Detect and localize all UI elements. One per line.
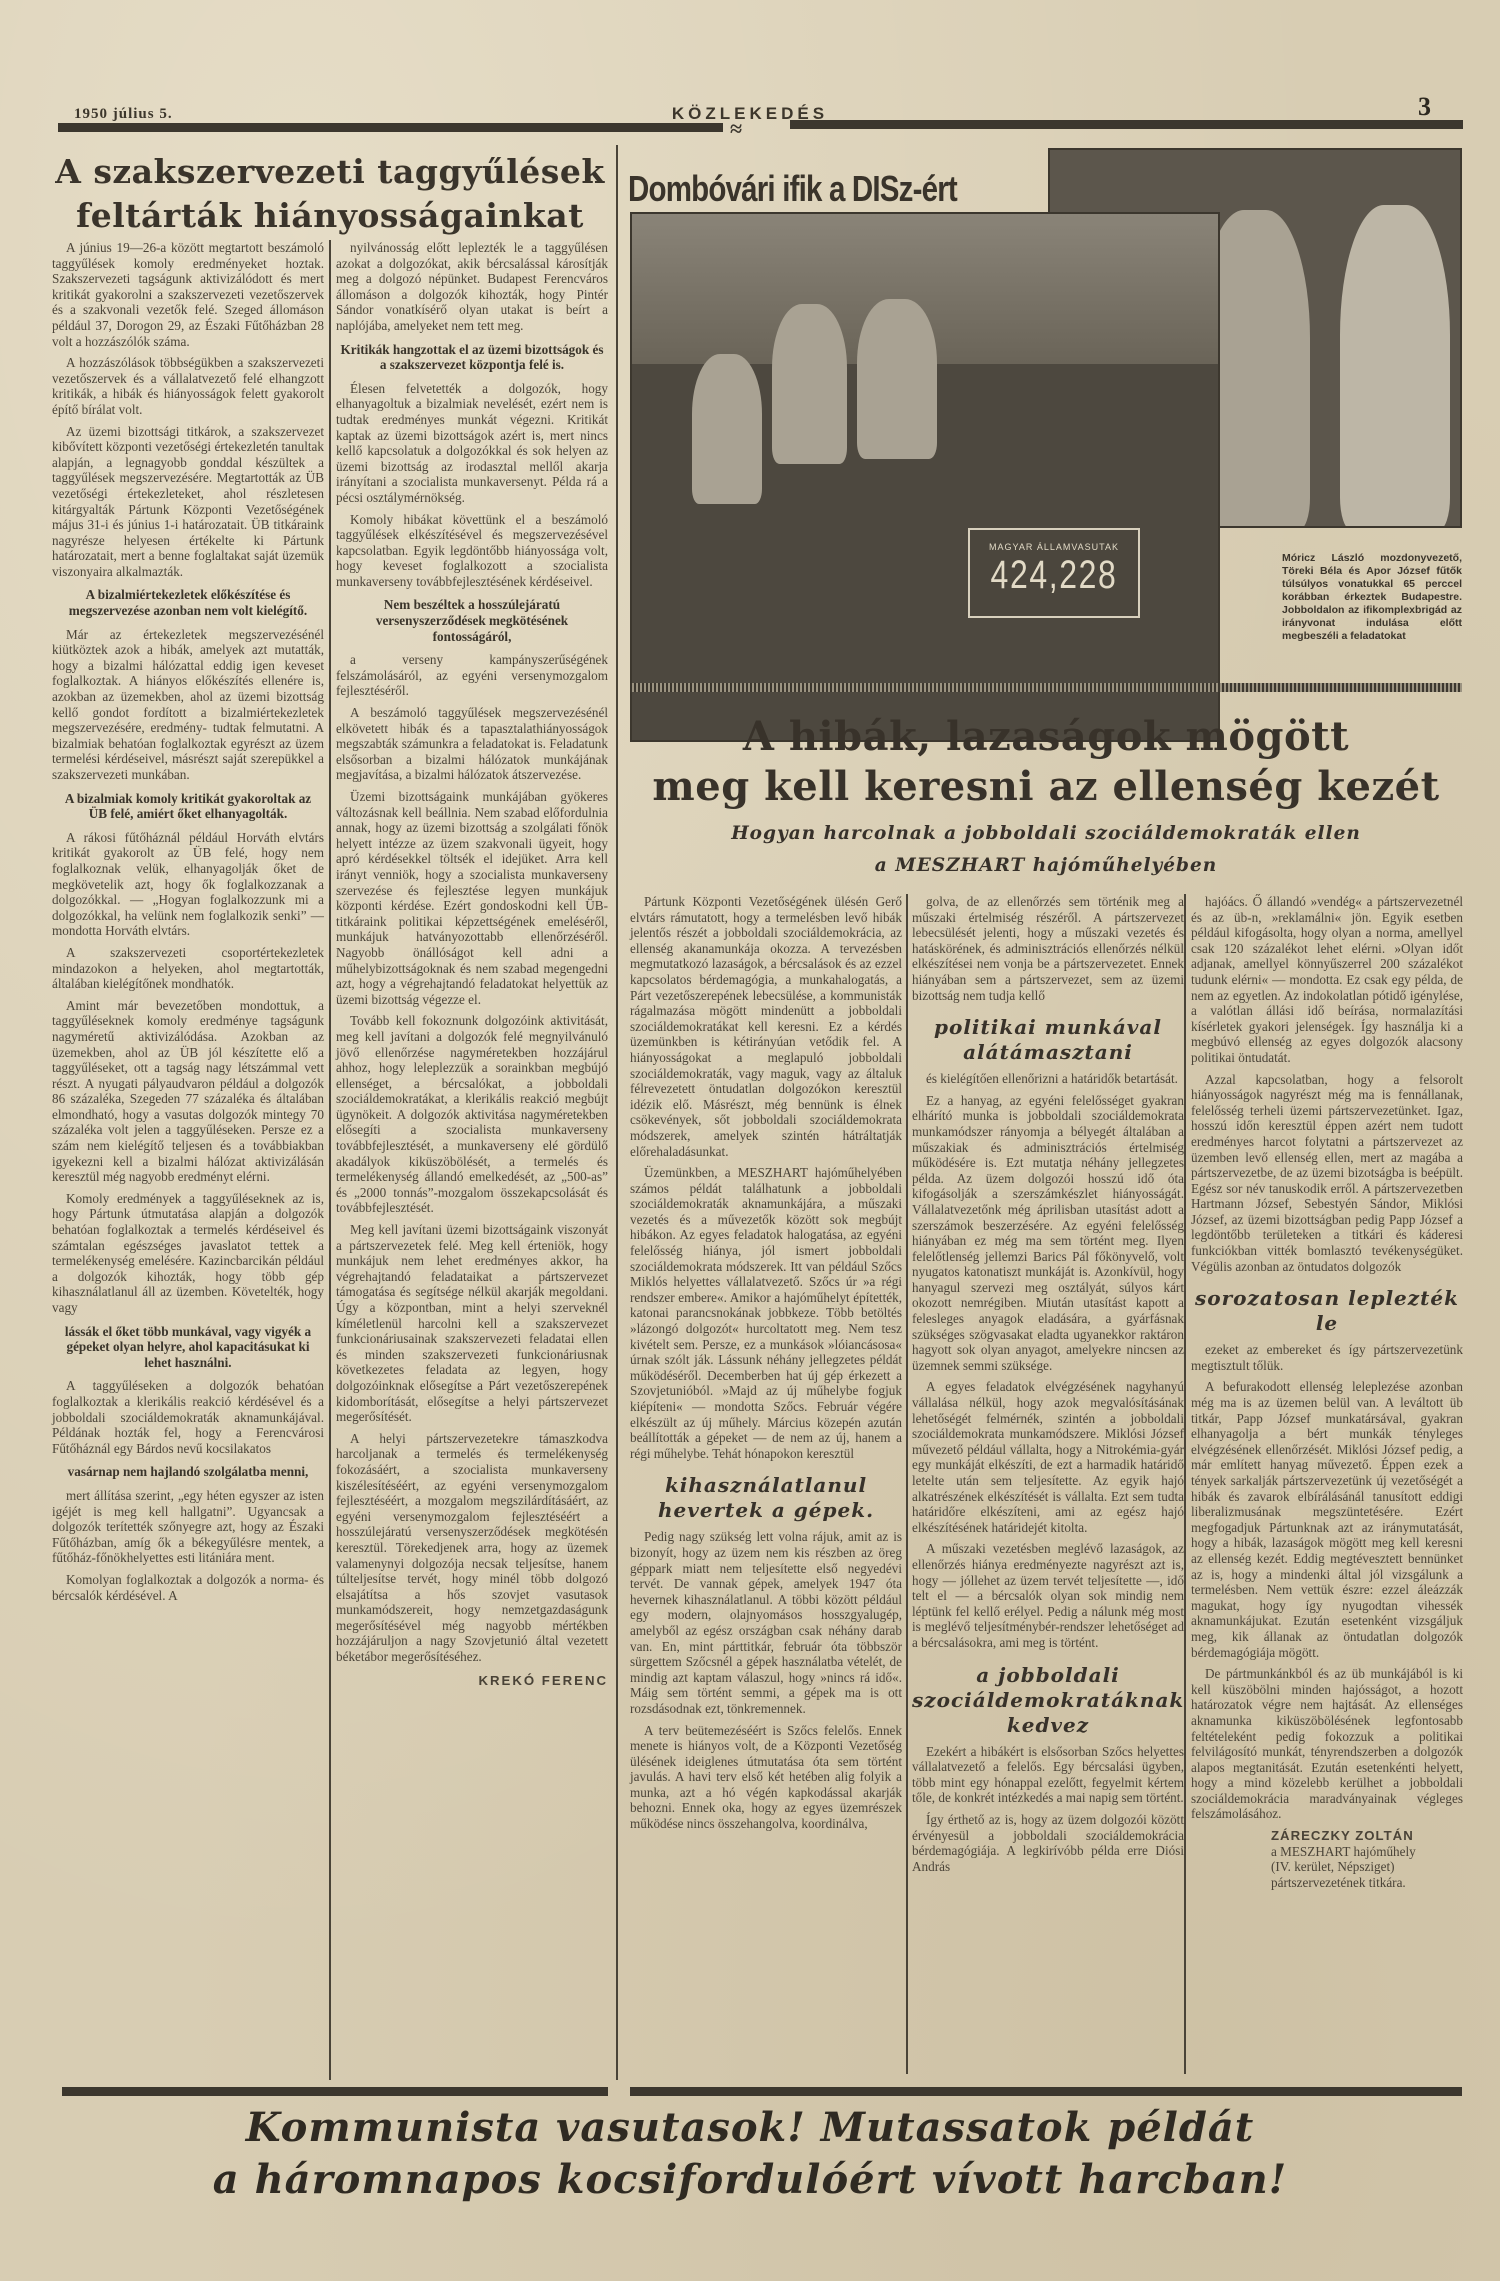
inline-headline: sorozatosan leplezték le [1191,1286,1463,1336]
photo-locomotive [630,212,1220,742]
paragraph: Komoly eredmények a taggyűléseknek az is… [52,1191,324,1316]
locomotive-number-plate: MAGYAR ÁLLAMVASUTAK 424,228 [968,528,1140,618]
article2-column1: Pártunk Központi Vezetőségének ülésén Ge… [630,894,902,2084]
paragraph: A helyi pártszervezetekre támaszkodva ha… [336,1431,608,1665]
photo-headline: Dombóvári ifik a DISz-ért [628,168,957,210]
footer-rule-left [62,2087,608,2096]
paragraph: A beszámoló taggyűlések megszervezésénél… [336,705,608,783]
article1-column2: nyilvánosság előtt leplezték le a taggyű… [336,240,608,2085]
subheading: vasárnap nem hajlandó szolgálatba menni, [56,1464,320,1480]
signature-line: (IV. kerület, Népsziget) [1271,1859,1463,1875]
footer-rule-right [630,2087,1462,2096]
paragraph: A terv beütemezéséért is Szőcs felelős. … [630,1723,902,1832]
paragraph: Élesen felvetették a dolgozók, hogy elha… [336,381,608,506]
paragraph: Komoly hibákat követtünk el a beszámoló … [336,512,608,590]
photo-figure [857,299,937,459]
banner-line2: a háromnapos kocsifordulóért vívott harc… [80,2154,1420,2206]
paragraph: Pártunk Központi Vezetőségének ülésén Ge… [630,894,902,1159]
issue-date: 1950 július 5. [74,106,173,123]
paragraph: nyilvánosság előtt leplezték le a taggyű… [336,240,608,334]
paragraph: A taggyűléseken a dolgozók behatóan fogl… [52,1378,324,1456]
paragraph: Komolyan foglalkoztak a dolgozók a norma… [52,1572,324,1603]
paragraph: Ez a hanyag, az egyéni felelősséget gyak… [912,1093,1184,1374]
article1-headline: A szakszervezeti taggyűlések feltárták h… [50,150,610,238]
subheading: A bizalmiak komoly kritikát gyakoroltak … [56,791,320,822]
section-divider [616,145,618,2080]
column-divider [906,894,908,2074]
plate-number: 424,228 [987,552,1121,598]
paragraph: Amint már bevezetőben mondottuk, a taggy… [52,998,324,1185]
paragraph: és kielégítően ellenőrizni a határidők b… [912,1071,1184,1087]
paragraph: Ezekért a hibákért is elsősorban Szőcs h… [912,1744,1184,1806]
inline-headline: kihasználatlanul hevertek a gépek. [630,1473,902,1523]
column-divider [1184,894,1186,2074]
article2-signature: ZÁRECZKY ZOLTÁN a MESZHART hajóműhely (I… [1271,1828,1463,1890]
article2-headline: A hibák, lazaságok mögött meg kell keres… [630,712,1462,812]
paragraph: Üzemi bizottságaink munkájában gyökeres … [336,789,608,1007]
paragraph: golva, de az ellenőrzés sem történik meg… [912,894,1184,1003]
signature-line: a MESZHART hajóműhely [1271,1844,1463,1860]
signature-line: pártszervezetének titkára. [1271,1875,1463,1891]
article1-headline-line1: A szakszervezeti taggyűlések [50,150,610,194]
page-number: 3 [1418,92,1431,122]
paragraph: mert állítása szerint, „egy héten egysze… [52,1488,324,1566]
article2-subheadline: Hogyan harcolnak a jobboldali szociáldem… [630,818,1462,882]
photo-figure [1340,205,1450,528]
paragraph: a verseny kampányszerűségének felszámolá… [336,652,608,699]
plate-railway-name: MAGYAR ÁLLAMVASUTAK [970,542,1138,552]
article1-headline-line2: feltárták hiányosságainkat [50,194,610,238]
paragraph: A egyes feladatok elvégzésének nagyhanyú… [912,1379,1184,1535]
signature-name: ZÁRECZKY ZOLTÁN [1271,1828,1463,1844]
paragraph: A június 19—26-a között megtartott beszá… [52,240,324,349]
subheading: Kritikák hangzottak el az üzemi bizottsá… [340,342,604,373]
paragraph: Meg kell javítani üzemi bizottságaink vi… [336,1222,608,1425]
paragraph: A szakszervezeti csoportértekezletek min… [52,945,324,992]
header-rule-left [58,123,723,132]
paragraph: A befurakodott ellenség leleplezése azon… [1191,1379,1463,1660]
column-divider [329,240,331,2080]
header-rule-right [790,120,1463,129]
inline-headline: politikai munkával alátámasztani [912,1015,1184,1065]
paragraph: Pedig nagy szükség lett volna rájuk, ami… [630,1529,902,1716]
paragraph: Tovább kell fokoznunk dolgozóink aktivit… [336,1013,608,1216]
paragraph: A műszaki vezetésben meglévő lazaságok, … [912,1541,1184,1650]
paragraph: A rákosi fűtőháznál például Horváth elvt… [52,830,324,939]
article2-subheadline-line2: a MESZHART hajóműhelyében [630,850,1462,882]
wave-ornament-icon: ≈ [730,116,742,142]
inline-headline: a jobboldali szociáldemokratáknak kedvez [912,1663,1184,1738]
paragraph: Üzemünkben, a MESZHART hajóműhelyében sz… [630,1165,902,1461]
article2-column3: hajóács. Ő állandó »vendég« a pártszerve… [1191,894,1463,2084]
photo-figure [692,354,762,504]
paragraph: De pártmunkánkból és az üb munkájából is… [1191,1666,1463,1822]
article2-headline-line2: meg kell keresni az ellenség kezét [630,762,1462,812]
banner-line1: Kommunista vasutasok! Mutassatok példát [80,2102,1420,2154]
article1-signature: KREKÓ FERENC [336,1673,608,1689]
photo-caption: Móricz László mozdonyvezető, Töreki Béla… [1282,552,1462,643]
article2-column2: golva, de az ellenőrzés sem történik meg… [912,894,1184,2084]
photo-figure [772,304,847,464]
paragraph: Így érthető az is, hogy az üzem dolgozói… [912,1812,1184,1874]
article2-headline-line1: A hibák, lazaságok mögött [630,712,1462,762]
bottom-slogan-banner: Kommunista vasutasok! Mutassatok példát … [80,2102,1420,2206]
paragraph: Már az értekezletek megszervezésénél kiü… [52,627,324,783]
paragraph: A hozzászólások többségükben a szakszerv… [52,355,324,417]
paragraph: hajóács. Ő állandó »vendég« a pártszerve… [1191,894,1463,1066]
subheading: A bizalmiértekezletek előkészítése és me… [56,587,320,618]
paragraph: ezeket az embereket és így pártszervezet… [1191,1342,1463,1373]
subheading: lássák el őket több munkával, vagy vigyé… [56,1324,320,1371]
article2-subheadline-line1: Hogyan harcolnak a jobboldali szociáldem… [630,818,1462,850]
newspaper-page: 1950 július 5. KÖZLEKEDÉS 3 ≈ A szakszer… [0,0,1500,2281]
article1-column1: A június 19—26-a között megtartott beszá… [52,240,324,2085]
hatched-rule [630,683,1462,692]
paragraph: Azzal kapcsolatban, hogy a felsorolt hiá… [1191,1072,1463,1275]
paragraph: Az üzemi bizottsági titkárok, a szakszer… [52,424,324,580]
subheading: Nem beszéltek a hosszúlejáratú versenysz… [340,597,604,644]
